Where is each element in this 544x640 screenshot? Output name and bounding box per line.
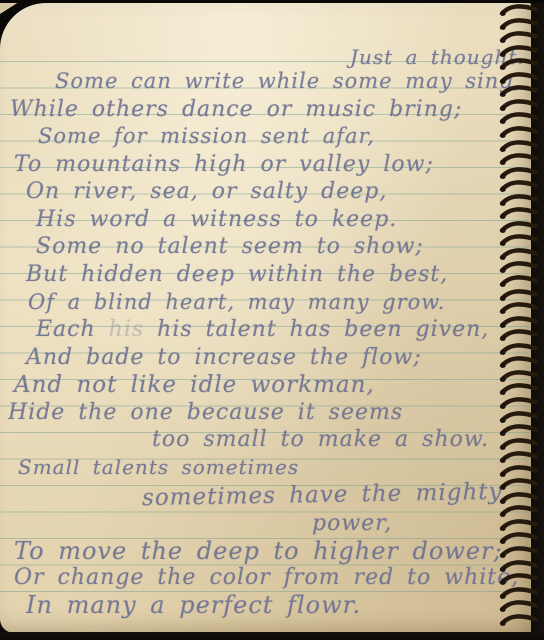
- photo-frame: Just a thought. Some can write while som…: [0, 0, 544, 640]
- coil-loop: [499, 246, 539, 260]
- poem-line: But hidden deep within the best,: [26, 264, 448, 286]
- poem-line: Some can write while some may sing,: [55, 71, 521, 92]
- coil-loop: [499, 300, 539, 314]
- coil-loop: [499, 571, 539, 585]
- coil-loop: [499, 381, 539, 395]
- coil-loop: [499, 259, 539, 273]
- poem-line: To move the deep to higher dower;: [14, 539, 503, 563]
- erased-word: his: [109, 317, 145, 342]
- coil-loop: [499, 205, 539, 219]
- coil-loop: [499, 138, 539, 152]
- coil-loop: [499, 178, 539, 192]
- coil-loop: [499, 395, 539, 409]
- coil-loop: [499, 56, 539, 70]
- coil-loop: [499, 490, 539, 504]
- poem-line: And not like idle workman,: [14, 374, 375, 397]
- coil-loop: [499, 29, 539, 43]
- coil-loop: [499, 97, 539, 111]
- coil-loop: [499, 43, 539, 57]
- poem-line: Small talents sometimes: [18, 457, 299, 477]
- notebook-page: Just a thought. Some can write while som…: [0, 3, 531, 633]
- coil-loop: [499, 463, 539, 477]
- poem-line: To mountains high or valley low;: [14, 154, 434, 176]
- coil-loop: [499, 287, 539, 301]
- coil-loop: [499, 517, 539, 531]
- coil-loop: [499, 314, 539, 328]
- coil-loop: [499, 327, 539, 341]
- coil-loop: [499, 110, 539, 124]
- coil-loop: [499, 83, 539, 97]
- coil-loop: [499, 422, 539, 436]
- poem-line: Some for mission sent afar,: [38, 126, 375, 147]
- coil-loop: [499, 273, 539, 287]
- coil-loop: [499, 16, 539, 30]
- coil-loop: [499, 2, 539, 16]
- poem-line-segment: his talent has been given,: [144, 317, 489, 342]
- coil-loop: [499, 165, 539, 179]
- coil-loop: [499, 585, 539, 599]
- coil-loop: [499, 612, 539, 626]
- poem-line: Some no talent seem to show;: [36, 236, 424, 258]
- coil-loop: [499, 368, 539, 382]
- poem-line-segment: Each: [36, 317, 109, 342]
- poem-line: Hide the one because it seems: [8, 402, 403, 424]
- coil-loop: [499, 558, 539, 572]
- poem-line: Of a blind heart, may many grow.: [28, 292, 445, 313]
- coil-loop: [499, 409, 539, 423]
- poem-line: Each his his talent has been given,: [36, 319, 489, 341]
- coil-loop: [499, 503, 539, 517]
- poem-line: His word a witness to keep.: [36, 209, 397, 231]
- spiral-binding: [499, 0, 544, 640]
- coil-loop: [499, 476, 539, 490]
- coil-loop: [499, 151, 539, 165]
- poem-line: While others dance or music bring;: [10, 99, 462, 121]
- coil-loop: [499, 192, 539, 206]
- poem-line: In many a perfect flowr.: [26, 593, 361, 617]
- coil-loop: [499, 354, 539, 368]
- poem-line: too small to make a show.: [152, 429, 489, 451]
- poem-line: sometimes have the mighty: [142, 481, 503, 510]
- coil-loop: [499, 530, 539, 544]
- background-bottom-band: [0, 632, 544, 640]
- poem-line: And bade to increase the flow;: [26, 347, 422, 369]
- coil-loop: [499, 598, 539, 612]
- poem-line: Or change the color from red to white,: [14, 567, 519, 589]
- coil-loop: [499, 544, 539, 558]
- coil-loop: [499, 449, 539, 463]
- coil-loop: [499, 124, 539, 138]
- coil-loop: [499, 341, 539, 355]
- poem-line: power,: [312, 513, 392, 535]
- poem-line: On river, sea, or salty deep,: [26, 181, 387, 203]
- coil-loop: [499, 436, 539, 450]
- coil-loop: [499, 70, 539, 84]
- coil-loop: [499, 232, 539, 246]
- background-top-band: [0, 0, 544, 3]
- coil-loop: [499, 219, 539, 233]
